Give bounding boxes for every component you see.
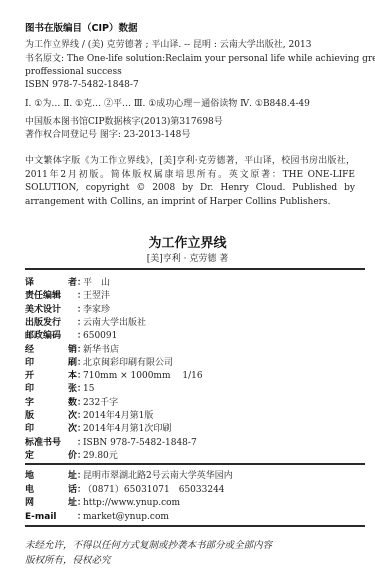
cip-original-title-cont: proffessional success: [25, 66, 122, 78]
credit-label-part: 出版发行: [25, 317, 61, 330]
cip-heading: 图书在版编目（CIP）数据: [25, 20, 137, 34]
cip-original-title: 书名原文: The One-life solution:Reclaim your…: [25, 53, 375, 65]
reproduction-notice: 未经允许，不得以任何方式复制或抄袭本书部分或全部内容: [25, 537, 272, 551]
credit-label-part: 销: [68, 344, 77, 357]
credit-label-part: 印: [25, 423, 34, 436]
credit-label-part: 者: [68, 277, 77, 290]
credit-label-part: 刷: [68, 357, 77, 370]
credit-value: 710mm × 1000mm 1/16: [83, 370, 203, 383]
credit-value: 王翌沣: [83, 290, 110, 303]
credit-row: 美术设计：李家珍: [25, 304, 110, 317]
credit-value: 650091: [83, 330, 117, 343]
credit-label: 责任编辑: [25, 290, 77, 303]
credit-label-part: 张: [68, 383, 77, 396]
credit-row: 字数：232千字: [25, 397, 118, 410]
credit-label: 定价: [25, 450, 77, 463]
credit-label-part: 印: [25, 357, 34, 370]
contact-label: 地址: [25, 470, 77, 483]
credit-label-part: 定: [25, 450, 34, 463]
credit-label-part: 印: [25, 383, 34, 396]
credit-label: 美术设计: [25, 304, 77, 317]
credit-label: 开本: [25, 370, 77, 383]
contact-value: market@ynup.com: [83, 511, 169, 524]
credit-value: 云南大学出版社: [83, 317, 146, 330]
credit-label: 版次: [25, 410, 77, 423]
contact-value: 昆明市翠湖北路2号云南大学英华园内: [83, 470, 233, 483]
credit-label-part: 字: [25, 397, 34, 410]
credit-label: 印刷: [25, 357, 77, 370]
credit-row: 译者：平 山: [25, 277, 110, 290]
cip-title-line: 为工作立界线 / (美) 克劳德著 ; 平山译. -- 昆明 : 云南大学出版社…: [25, 39, 311, 51]
credit-row: 邮政编码：650091: [25, 330, 117, 343]
credit-row: 定价：29.80元: [25, 450, 118, 463]
credit-row: 版次：2014年4月第1版: [25, 410, 153, 423]
credit-label-part: 邮政编码: [25, 330, 61, 343]
credit-value: 李家珍: [83, 304, 110, 317]
divider-middle: [25, 463, 365, 465]
credit-label-part: 经: [25, 344, 34, 357]
contact-row: 电话：（0871）65031071 65033244: [25, 484, 225, 497]
book-author: [美]亨利 · 克劳德 著: [0, 251, 375, 264]
divider-top: [25, 268, 365, 270]
credit-row: 印刷：北京闽彩印刷有限公司: [25, 357, 173, 370]
credit-row: 标准书号：ISBN 978-7-5482-1848-7: [25, 437, 197, 450]
contact-label-part: 址: [68, 497, 77, 510]
cip-classification: Ⅰ. ①为… Ⅱ. ①克… ②平… Ⅲ. ①成功心理－通俗读物 Ⅳ. ①B848…: [25, 98, 310, 110]
rights-notice: 版权所有，侵权必究: [25, 552, 111, 566]
credit-label-part: 次: [68, 410, 77, 423]
credit-value: 平 山: [83, 277, 110, 290]
credit-label: 邮政编码: [25, 330, 77, 343]
contact-value: （0871）65031071 65033244: [83, 484, 225, 497]
contact-label-part: E-mail: [25, 511, 57, 524]
credit-value: 2014年4月第1版: [83, 410, 153, 423]
credit-label: 字数: [25, 397, 77, 410]
contact-label-part: 话: [68, 484, 77, 497]
credit-value: ISBN 978-7-5482-1848-7: [83, 437, 197, 450]
credit-value: 2014年4月第1次印刷: [83, 423, 171, 436]
contact-label: 网址: [25, 497, 77, 510]
credit-label-part: 本: [68, 370, 77, 383]
credit-row: 印张：15: [25, 383, 94, 396]
contact-label-part: 址: [68, 470, 77, 483]
cip-isbn: ISBN 978-7-5482-1848-7: [25, 79, 139, 91]
credit-row: 责任编辑：王翌沣: [25, 290, 110, 303]
credit-label: 印次: [25, 423, 77, 436]
contact-label: E-mail: [25, 511, 77, 524]
book-title: 为工作立界线: [0, 232, 375, 251]
contact-row: E-mail：market@ynup.com: [25, 511, 169, 524]
credit-row: 开本：710mm × 1000mm 1/16: [25, 370, 203, 383]
credit-value: 新华书店: [83, 344, 119, 357]
credit-row: 出版发行：云南大学出版社: [25, 317, 146, 330]
contact-label: 电话: [25, 484, 77, 497]
credit-row: 印次：2014年4月第1次印刷: [25, 423, 171, 436]
credit-label-part: 译: [25, 277, 34, 290]
credit-label: 经销: [25, 344, 77, 357]
credit-label: 印张: [25, 383, 77, 396]
credit-row: 经销：新华书店: [25, 344, 119, 357]
credit-label: 译者: [25, 277, 77, 290]
contact-row: 地址：昆明市翠湖北路2号云南大学英华园内: [25, 470, 233, 483]
contact-row: 网址：http://www.ynup.com: [25, 497, 180, 510]
copyright-notice: 中文繁体字版《为工作立界线》，[美]亨利·克劳德著，平山译，校园书房出版社，20…: [25, 155, 355, 209]
contact-label-part: 电: [25, 484, 34, 497]
credit-label: 出版发行: [25, 317, 77, 330]
credit-value: 15: [83, 383, 94, 396]
credit-label-part: 开: [25, 370, 34, 383]
contact-label-part: 地: [25, 470, 34, 483]
credit-value: 北京闽彩印刷有限公司: [83, 357, 173, 370]
credit-label: 标准书号: [25, 437, 77, 450]
credit-label-part: 版: [25, 410, 34, 423]
credit-label-part: 美术设计: [25, 304, 61, 317]
credit-value: 232千字: [83, 397, 118, 410]
divider-bottom: [25, 525, 365, 527]
credit-label-part: 标准书号: [25, 437, 61, 450]
cip-record-number: 中国版本图书馆CIP数据核字(2013)第317698号: [25, 116, 223, 128]
contact-label-part: 网: [25, 497, 34, 510]
credit-label-part: 价: [68, 450, 77, 463]
credit-label-part: 次: [68, 423, 77, 436]
credit-label-part: 数: [68, 397, 77, 410]
contact-value: http://www.ynup.com: [83, 497, 180, 510]
credit-value: 29.80元: [83, 450, 118, 463]
copyright-registration: 著作权合同登记号 图字: 23-2013-148号: [25, 129, 190, 141]
credit-label-part: 责任编辑: [25, 290, 61, 303]
